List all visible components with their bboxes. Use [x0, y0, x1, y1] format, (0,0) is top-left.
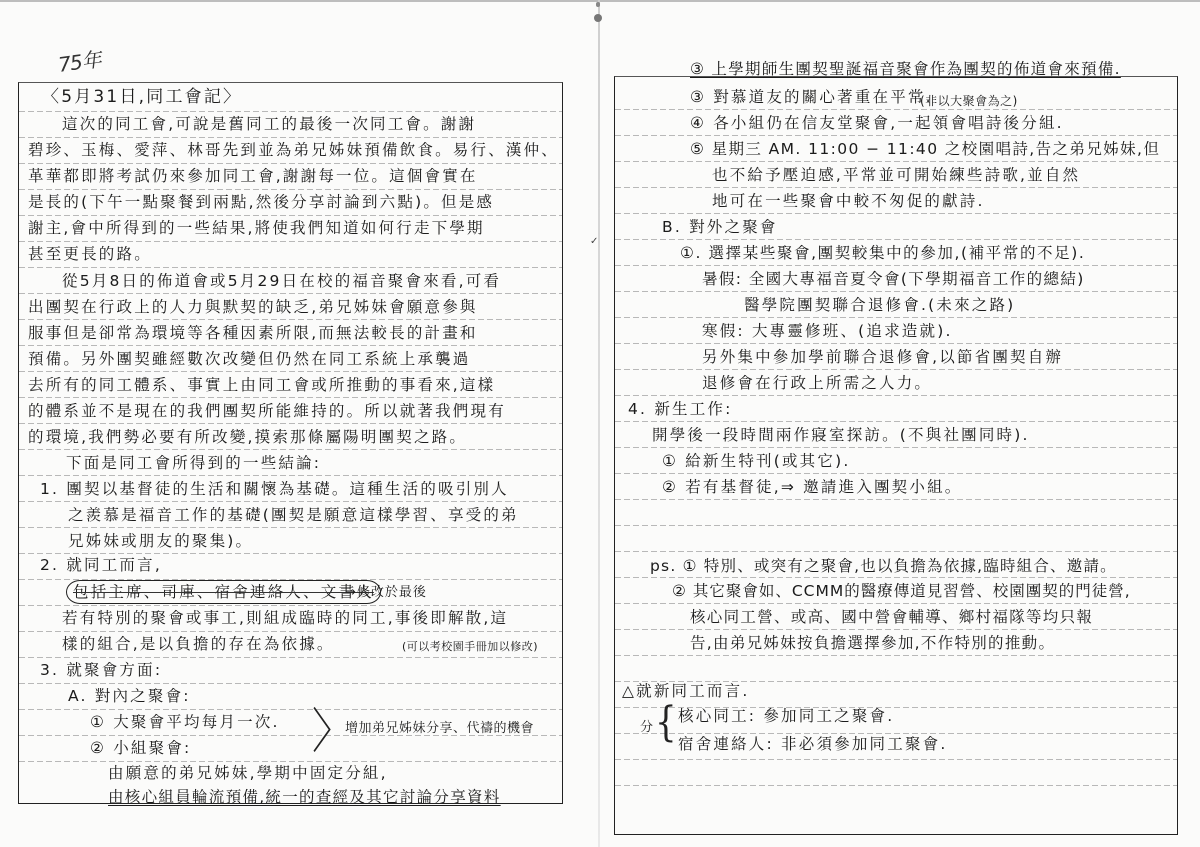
text-line: 去所有的同工體系、事實上由同工會或所推動的事看來,這樣 [28, 374, 495, 396]
list-item: 4. 新生工作: [628, 398, 733, 420]
ruled-line [615, 759, 1177, 760]
ruled-line [19, 501, 562, 502]
text-line: 樣的組合,是以負擔的存在為依據。 [62, 633, 335, 655]
ruled-line [19, 449, 562, 450]
ruled-line [615, 369, 1177, 370]
side-note: (可以考校園手冊加以修改) [402, 636, 538, 658]
crossed-out-roles: 包括主席、司庫、宿舍連絡人、文書人 [66, 580, 381, 604]
text-line: 是長的(下午一點聚餐到兩點,然後分享討論到六點)。但是感 [28, 191, 494, 213]
text-line: 暑假: 全國大專福音夏令會(下學期福音工作的總結) [702, 268, 1085, 290]
ruled-line [19, 345, 562, 346]
ruled-line [19, 163, 562, 164]
ruled-line [615, 343, 1177, 344]
text-line: 退修會在行政上所需之人力。 [702, 372, 932, 394]
text-line: 也不給予壓迫感,平常並可開始練些詩歌,並自然 [712, 164, 1080, 186]
ruled-line [615, 213, 1177, 214]
text-line: 謝主,會中所得到的一些結果,將使我們知道如何行走下學期 [28, 217, 485, 239]
ruled-line [615, 577, 1177, 578]
text-line: 由核心組員輪流預備,統一的查經及其它討論分享資料 [108, 786, 501, 808]
ruled-line [19, 527, 562, 528]
ruled-line [615, 161, 1177, 162]
text-line: 核心同工營、或高、國中營會輔導、鄉村福隊等均只報 [690, 606, 1093, 628]
text-line: 開學後一段時間兩作寢室探訪。(不與社團同時). [652, 424, 1030, 446]
sub-heading: △就新同工而言. [622, 680, 749, 702]
ruled-line [615, 473, 1177, 474]
ruled-line [19, 475, 562, 476]
ruled-line [19, 605, 562, 606]
text-line: 兄姊妹或朋友的聚集)。 [68, 530, 253, 552]
text-line: 碧珍、玉梅、愛萍、林哥先到並為弟兄姊妹預備飲食。易行、漢仲、 [28, 139, 559, 161]
text-line: 從5月8日的佈道會或5月29日在校的福音聚會來看,可看 [62, 270, 501, 292]
postscript-item: ps. ① 特別、或突有之聚會,也以負擔為依據,臨時組合、邀請。 [650, 555, 1117, 577]
ruled-line [615, 525, 1177, 526]
list-item: 核心同工: 參加同工之聚會. [678, 705, 894, 727]
ruled-line [615, 317, 1177, 318]
notebook-binding [598, 0, 600, 847]
list-item: ② 小組聚會: [90, 737, 191, 759]
scan-top-edge [0, 0, 1200, 2]
ruled-line [615, 629, 1177, 630]
text-line: 甚至更長的路。 [28, 243, 152, 265]
ruled-line [19, 371, 562, 372]
text-line: 預備。另外團契雖經數次改變但仍然在同工系統上承襲過 [28, 348, 471, 370]
binding-mark [596, 2, 600, 7]
ruled-line [19, 293, 562, 294]
ruled-line [19, 215, 562, 216]
circled-strikethrough: 包括主席、司庫、宿舍連絡人、文書人 [66, 580, 381, 604]
ruled-line [19, 709, 562, 710]
text-line: 之羨慕是福音工作的基礎(團契是願意這樣學習、享受的弟 [68, 504, 519, 526]
revision-note: →修改於最後 [345, 582, 427, 604]
ruled-line [19, 423, 562, 424]
ruled-line [615, 655, 1177, 656]
list-item: ① 給新生特刊(或其它). [662, 450, 850, 472]
ruled-line [19, 189, 562, 190]
entry-title: 〈5月31日,同工會記〉 [42, 86, 242, 108]
ruled-line [615, 291, 1177, 292]
list-item: 3. 就聚會方面: [40, 659, 162, 681]
brace-annotation: 增加弟兄姊妹分享、代禱的機會 [345, 718, 534, 740]
side-note: (非以大聚會為之) [920, 90, 1018, 112]
text-line: 另外集中參加學前聯合退修會,以節省團契自辦 [702, 346, 1063, 368]
list-item: 宿舍連絡人: 非必須參加同工聚會. [678, 733, 947, 755]
binding-hole [594, 14, 602, 22]
sub-heading: B. 對外之聚會 [662, 216, 778, 238]
left-brace-icon: { [655, 699, 677, 747]
ruled-line [615, 239, 1177, 240]
ruled-line [19, 241, 562, 242]
ruled-line [615, 421, 1177, 422]
sub-heading: A. 對內之聚會: [68, 685, 191, 707]
ruled-line [615, 785, 1177, 786]
check-mark-icon: ✓ [590, 236, 598, 247]
list-item: ①. 選擇某些聚會,團契較集中的參加,(補平常的不足). [680, 242, 1085, 264]
text-line: 下面是同工會所得到的一些結論: [66, 452, 321, 474]
ruled-line [615, 109, 1177, 110]
ruled-line [19, 683, 562, 684]
list-item: 2. 就同工而言, [40, 554, 162, 576]
divide-label: 分 [640, 717, 655, 739]
text-line: 醫學院團契聯合退修會.(未來之路) [744, 294, 1015, 316]
text-line: 革華都即將考試仍來參加同工會,謝謝每一位。這個會實在 [28, 165, 478, 187]
text-line: 若有特別的聚會或事工,則組成臨時的同工,事後即解散,這 [62, 607, 508, 629]
ruled-line [615, 395, 1177, 396]
ruled-line [19, 397, 562, 398]
ruled-line [19, 111, 562, 112]
ruled-line [615, 551, 1177, 552]
ruled-line [615, 187, 1177, 188]
ruled-line [19, 631, 562, 632]
list-item: ② 若有基督徒,⇒ 邀請進入團契小組。 [662, 476, 962, 498]
list-item: 1. 團契以基督徒的生活和關懷為基礎。這種生活的吸引別人 [40, 478, 509, 500]
list-item: ④ 各小組仍在信友堂聚會,一起領會唱詩後分組. [690, 112, 1064, 134]
text-line: 寒假: 大專靈修班、(追求造就). [702, 320, 953, 342]
text-line: 的環境,我們勢必要有所改變,摸索那條屬陽明團契之路。 [28, 426, 467, 448]
ruled-line [615, 265, 1177, 266]
ruled-line [615, 135, 1177, 136]
postscript-item: ② 其它聚會如、CCMM的醫療傳道見習營、校園團契的門徒營, [672, 580, 1131, 602]
list-item: ③ 對慕道友的關心著重在平常. [690, 86, 933, 108]
list-item: ① 大聚會平均每月一次. [90, 711, 280, 733]
margin-note-year: 75年 [56, 43, 102, 78]
text-line: 的體系並不是現在的我們團契所能維持的。所以就著我們現有 [28, 400, 506, 422]
ruled-line [19, 267, 562, 268]
ruled-line [19, 137, 562, 138]
text-line: 服事但是卻常為環境等各種因素所限,而無法較長的計畫和 [28, 322, 478, 344]
ruled-line [615, 603, 1177, 604]
text-line: 告,由弟兄姊妹按負擔選擇參加,不作特別的推動。 [690, 632, 1055, 654]
list-item: ⑤ 星期三 AM. 11:00 − 11:40 之校園唱詩,告之弟兄姊妹,但 [690, 138, 1160, 160]
text-line: 地可在一些聚會中較不匆促的獻詩. [712, 190, 985, 212]
ruled-line [19, 319, 562, 320]
ruled-line [615, 499, 1177, 500]
text-line: 由願意的弟兄姊妹,學期中固定分組, [108, 762, 388, 784]
ruled-line [615, 447, 1177, 448]
text-line: 出團契在行政上的人力與默契的缺乏,弟兄姊妹會願意參與 [28, 296, 478, 318]
text-line: 這次的同工會,可說是舊同工的最後一次同工會。謝謝 [62, 113, 476, 135]
